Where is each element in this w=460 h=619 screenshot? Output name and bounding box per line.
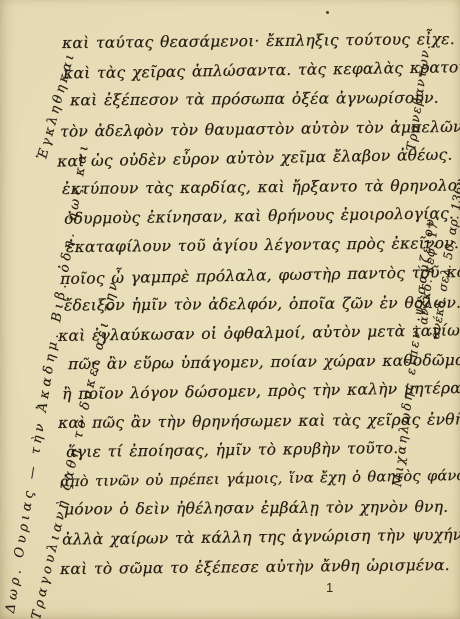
manuscript-line: ἀλλὰ χαίρων τὰ κάλλη της ἀγνώριση τὴν ψυ…	[62, 528, 460, 548]
manuscript-line: ὀδυρμοὺς ἐκίνησαν, καὶ θρήνους ἐμοιρολογ…	[64, 206, 454, 227]
manuscript-line: καὶ τὰς χεῖρας ἁπλώσαντα. τὰς κεφαλὰς κρ…	[63, 60, 460, 82]
manuscript-line: ἅγιε τί ἐποίησας, ἡμῖν τὸ κρυβὴν τοῦτο.	[66, 441, 398, 461]
manuscript-line: τὸν ἀδελφὸν τὸν θαυμαστὸν αὐτὸν τὸν ἀμπε…	[60, 119, 460, 140]
manuscript-line: καὶ τὸ σῶμα το ἐξέπεσε αὐτὴν ἄνθη ὡρισμέ…	[60, 558, 450, 578]
manuscript-line: καὶ ταύτας θεασάμενοι· ἔκπληξις τούτους …	[62, 32, 455, 52]
manuscript-line: ἔδειξον ἡμῖν τὸν ἀδελφόν, ὁποῖα ζῶν ἐν θ…	[64, 296, 460, 314]
manuscript-line: καὶ ἐγλαύκωσαν οἱ ὀφθαλμοί, αὐτὸν μετὰ τ…	[58, 323, 460, 344]
manuscript-line: καὶ ἐξέπεσον τὰ πρόσωπα ὀξέα ἀγνωρίσουν.	[70, 91, 439, 109]
ink-speck	[326, 11, 329, 14]
page-number: 1	[326, 580, 333, 595]
manuscript-line: ἐκτύπουν τὰς καρδίας, καὶ ἤρξαντο τὰ θρη…	[62, 178, 460, 197]
manuscript-line: καὶ ὡς οὐδὲν εὗρον αὐτὸν χεῖμα ἔλαβον ἀθ…	[57, 148, 453, 170]
manuscript-line: πῶς ἂν εὕρω ὑπάγομεν, ποίαν χώραν καθοδῶ…	[68, 353, 460, 373]
manuscript-line: μόνον ὁ δεὶν ἠθέλησαν ἐμβάλῃ τὸν χηνὸν θ…	[64, 500, 448, 518]
manuscript-page: καὶ ταύτας θεασάμενοι· ἔκπληξις τούτους …	[0, 0, 460, 619]
manuscript-line: ἐκαταφίλουν τοῦ ἁγίου λέγοντας πρὸς ἐκεῖ…	[66, 236, 459, 256]
